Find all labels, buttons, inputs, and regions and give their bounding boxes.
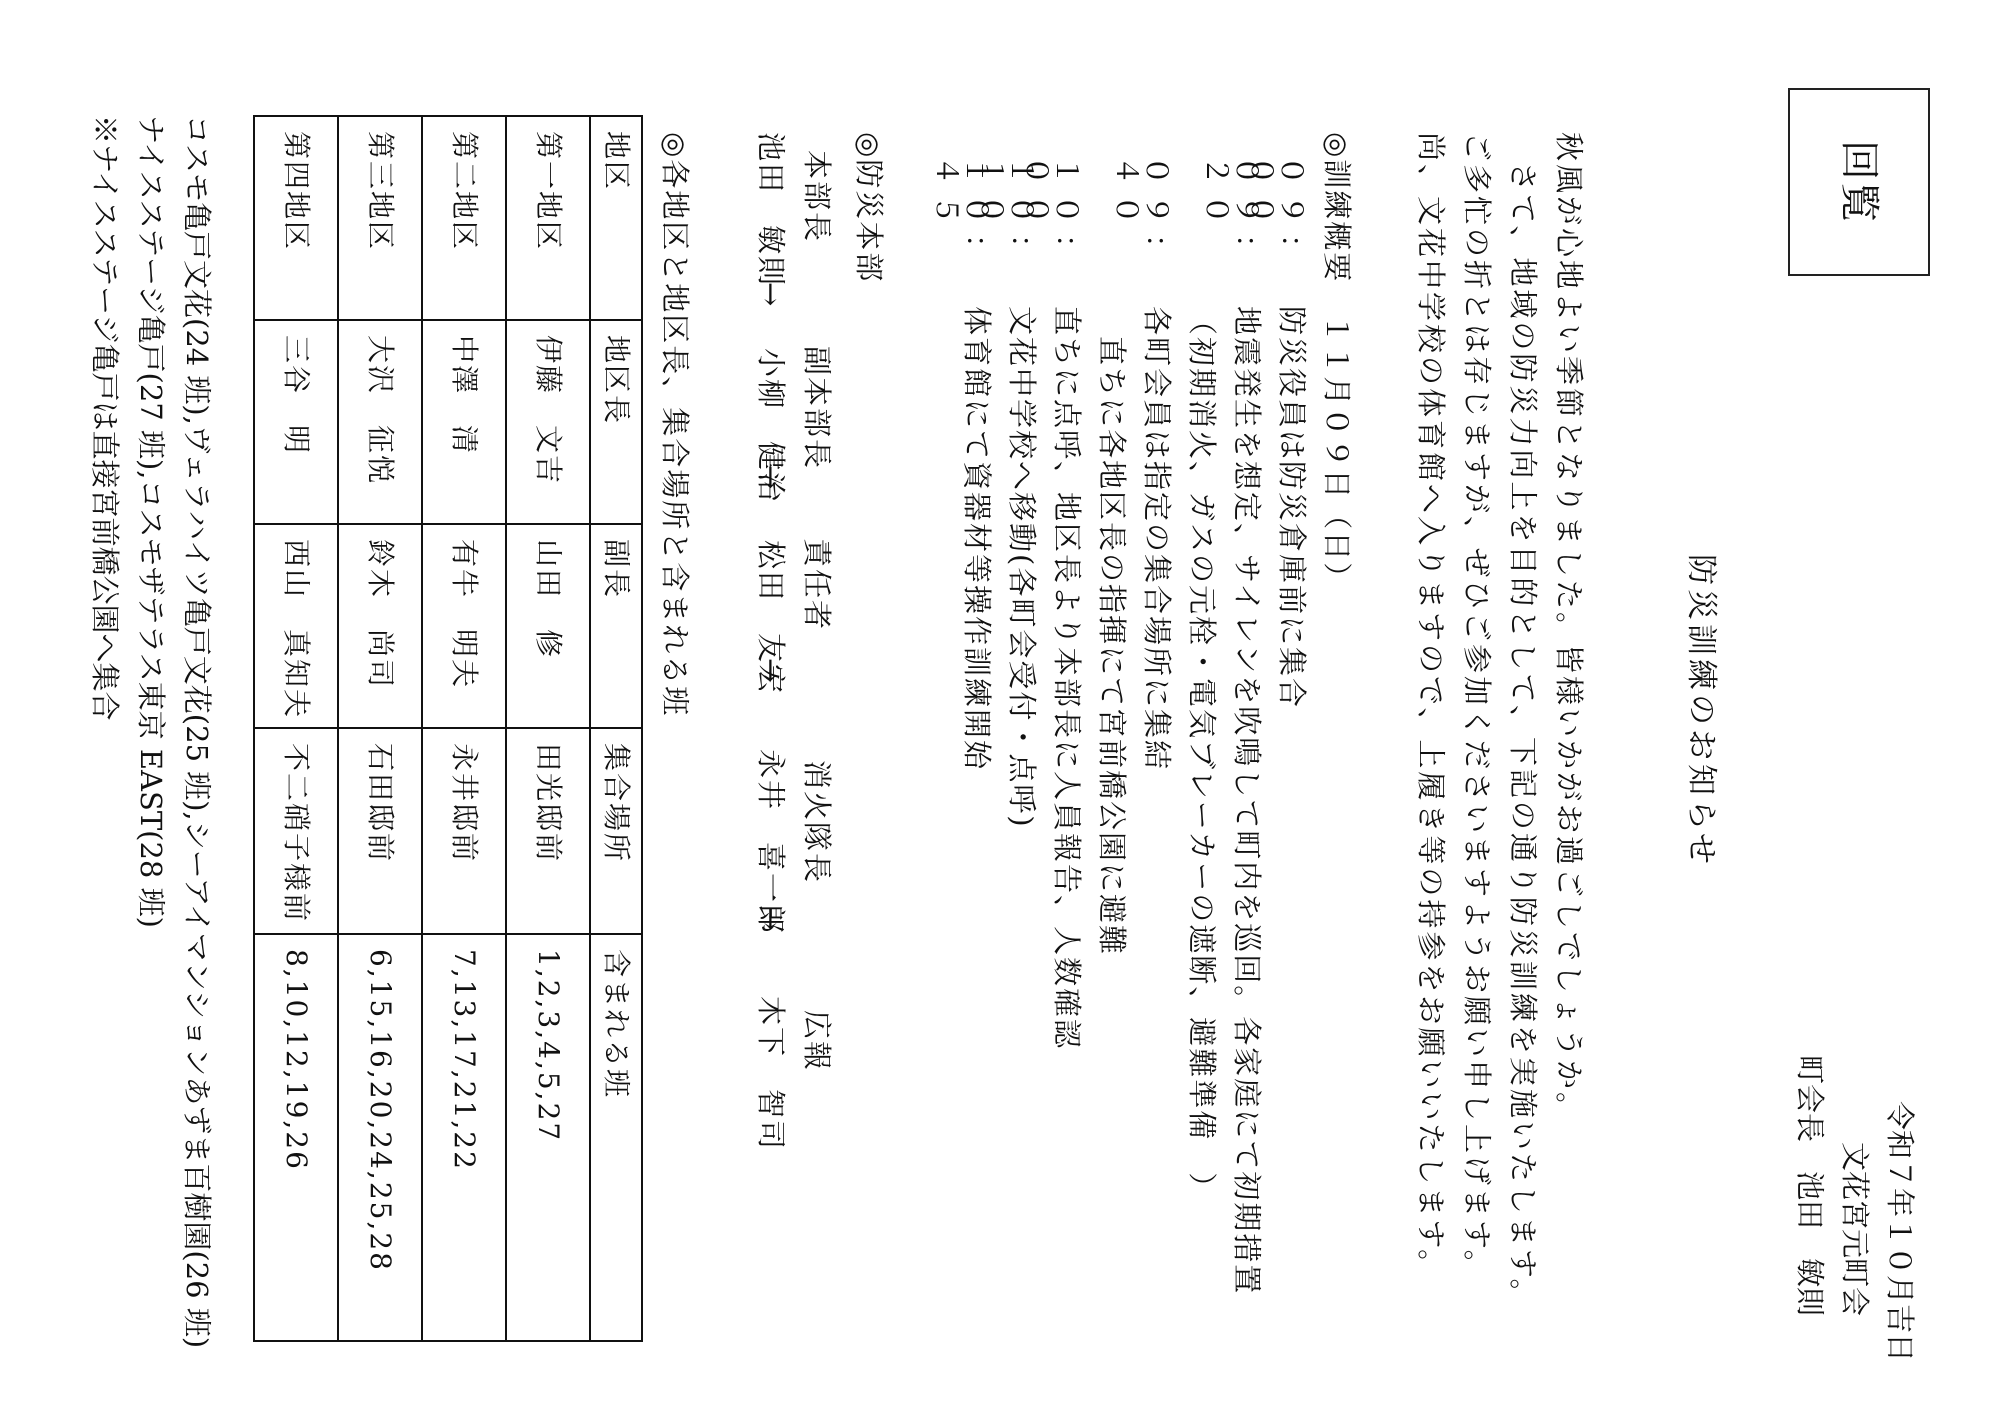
header-block: 令和７年１０月吉日 文花宮元町会 町会長 池田 敏則 — [1781, 1055, 1916, 1362]
arrow-icon: → — [756, 282, 785, 308]
schedule-row: ０９：００ 防災役員は防災倉庫前に集合 — [1262, 132, 1307, 1295]
role-label: 責任者 — [802, 538, 831, 631]
deputy-cell: 山田 修 — [506, 524, 590, 728]
schedule-row: １０：４５ 体育館にて資器材等操作訓練開始 — [947, 132, 992, 1295]
column-header: 集合場所 — [590, 728, 642, 934]
arrow-icon: → — [756, 658, 785, 684]
table-row: 第一地区 伊藤 文吉 山田 修 田光邸前 1,2,3,4,5,27 — [506, 116, 590, 1341]
leader-cell: 伊藤 文吉 — [506, 320, 590, 524]
districts-heading: ◎各地区と地区長、集合場所と含まれる班 — [645, 132, 690, 717]
body-line: さて、地域の防災力向上を目的として、下記の通り防災訓練を実施いたします。 — [1492, 132, 1538, 1311]
member-name: 木下 智司 — [756, 996, 785, 1151]
groups-cell: 1,2,3,4,5,27 — [506, 934, 590, 1341]
schedule-text: 各町会員は指定の集合場所に集結 — [1127, 306, 1172, 771]
document-page: 回覧 令和７年１０月吉日 文花宮元町会 町会長 池田 敏則 防災訓練のお知らせ … — [0, 0, 2012, 1422]
schedule-text: 文花中学校へ移動(各町会受付・点呼) — [992, 306, 1037, 829]
member-name: 池田 敏則 — [756, 132, 785, 287]
schedule-text: 直ちに点呼、地区長より本部長に人員報告、人数確認 — [1037, 306, 1082, 1050]
body-line: ご多忙の折とは存じますが、ぜひご参加くださいますようお願い申し上げます。 — [1446, 132, 1492, 1311]
schedule-row: （初期消火、ガスの元栓・電気ブレーカーの遮断、避難準備 ） — [1172, 132, 1217, 1295]
schedule-text: 地震発生を想定、サイレンを吹鳴して町内を巡回。各家庭にて初期措置 — [1217, 306, 1262, 1295]
column-header: 含まれる班 — [590, 934, 642, 1341]
role-label: 本部長 — [802, 150, 831, 243]
schedule-row: １０：１０ 文花中学校へ移動(各町会受付・点呼) — [992, 132, 1037, 1295]
meeting-place-cell: 不二硝子様前 — [254, 728, 338, 934]
note-line: コスモ亀戸文花(24 班),ヴェラハイツ亀戸文花(25 班),シーアイマンション… — [166, 115, 212, 1348]
column-header: 副長 — [590, 524, 642, 728]
table-header-row: 地区 地区長 副長 集合場所 含まれる班 — [590, 116, 642, 1341]
schedule-text: 体育館にて資器材等操作訓練開始 — [947, 306, 992, 771]
training-section: ◎訓練概要 １１月０９日（日） ０９：００ 防災役員は防災倉庫前に集合 ０９：２… — [947, 132, 1352, 1295]
districts-table: 地区 地区長 副長 集合場所 含まれる班 第一地区 伊藤 文吉 山田 修 田光邸… — [253, 115, 643, 1342]
column-header: 地区 — [590, 116, 642, 320]
schedule-time: ０９：００ — [1262, 156, 1307, 306]
note-line: ※ナイスステージ亀戸は直接宮前橋公園へ集合 — [74, 115, 120, 1348]
leader-cell: 大沢 征悦 — [338, 320, 422, 524]
document-title: 防災訓練のお知らせ — [1685, 0, 1716, 1422]
groups-cell: 8,10,12,19,26 — [254, 934, 338, 1341]
groups-cell: 6,15,16,20,24,25,28 — [338, 934, 422, 1341]
schedule-text: 防災役員は防災倉庫前に集合 — [1262, 306, 1307, 709]
schedule-row: １０：００ 直ちに点呼、地区長より本部長に人員報告、人数確認 — [1037, 132, 1082, 1295]
deputy-cell: 西山 真知夫 — [254, 524, 338, 728]
signer-name: 町会長 池田 敏則 — [1781, 1055, 1826, 1362]
schedule-text: （初期消火、ガスの元栓・電気ブレーカーの遮断、避難準備 ） — [1172, 306, 1217, 1203]
district-cell: 第一地区 — [506, 116, 590, 320]
leader-cell: 三谷 明 — [254, 320, 338, 524]
district-cell: 第四地区 — [254, 116, 338, 320]
schedule-time: ０９：４０ — [1127, 156, 1172, 306]
arrow-icon: → — [756, 906, 785, 932]
schedule-time: １０：４５ — [947, 156, 992, 306]
deputy-cell: 有牛 明夫 — [422, 524, 506, 728]
circulation-stamp-box: 回覧 — [1788, 88, 1930, 276]
districts-section: ◎各地区と地区長、集合場所と含まれる班 — [645, 132, 690, 717]
body-line: 秋風が心地よい季節となりました。皆様いかがお過ごしでしょうか。 — [1538, 132, 1584, 1311]
note-line: ナイスステージ亀戸(27 班),コスモザテラス東京 EAST(28 班) — [120, 115, 166, 1348]
schedule-row: ０９：４０ 各町会員は指定の集合場所に集結 — [1127, 132, 1172, 1295]
issue-date: 令和７年１０月吉日 — [1871, 1055, 1916, 1362]
groups-cell: 7,13,17,21,22 — [422, 934, 506, 1341]
circulation-stamp-label: 回覧 — [1839, 140, 1879, 224]
schedule-time: ０９：２０ — [1217, 156, 1262, 306]
greeting-body: 秋風が心地よい季節となりました。皆様いかがお過ごしでしょうか。 さて、地域の防災… — [1400, 132, 1584, 1311]
schedule-time: １０：１０ — [992, 156, 1037, 306]
leader-cell: 中澤 清 — [422, 320, 506, 524]
training-heading: ◎訓練概要 １１月０９日（日） — [1307, 132, 1352, 1295]
district-cell: 第二地区 — [422, 116, 506, 320]
meeting-place-cell: 永井邸前 — [422, 728, 506, 934]
table-row: 第三地区 大沢 征悦 鈴木 尚司 石田邸前 6,15,16,20,24,25,2… — [338, 116, 422, 1341]
meeting-place-cell: 田光邸前 — [506, 728, 590, 934]
role-label: 副本部長 — [802, 346, 831, 470]
deputy-cell: 鈴木 尚司 — [338, 524, 422, 728]
district-cell: 第三地区 — [338, 116, 422, 320]
organization-name: 文花宮元町会 — [1826, 1055, 1871, 1362]
arrow-icon: → — [756, 465, 785, 491]
column-header: 地区長 — [590, 320, 642, 524]
schedule-time: １０：００ — [1037, 156, 1082, 306]
body-line: 尚、文花中学校の体育館へ入りますので、上履き等の持参をお願いいたします。 — [1400, 132, 1446, 1311]
table-row: 第二地区 中澤 清 有牛 明夫 永井邸前 7,13,17,21,22 — [422, 116, 506, 1341]
headquarters-section: ◎防災本部 — [839, 132, 884, 283]
schedule-row: ０９：２０ 地震発生を想定、サイレンを吹鳴して町内を巡回。各家庭にて初期措置 — [1217, 132, 1262, 1295]
schedule-row: 直ちに各地区長の指揮にて宮前橋公園に避難 — [1082, 132, 1127, 1295]
meeting-place-cell: 石田邸前 — [338, 728, 422, 934]
notes-section: コスモ亀戸文花(24 班),ヴェラハイツ亀戸文花(25 班),シーアイマンション… — [74, 115, 212, 1348]
table-row: 第四地区 三谷 明 西山 真知夫 不二硝子様前 8,10,12,19,26 — [254, 116, 338, 1341]
headquarters-heading: ◎防災本部 — [839, 132, 884, 283]
schedule-text: 直ちに各地区長の指揮にて宮前橋公園に避難 — [1082, 336, 1127, 956]
role-label: 広報 — [802, 1010, 831, 1072]
role-label: 消火隊長 — [802, 760, 831, 884]
